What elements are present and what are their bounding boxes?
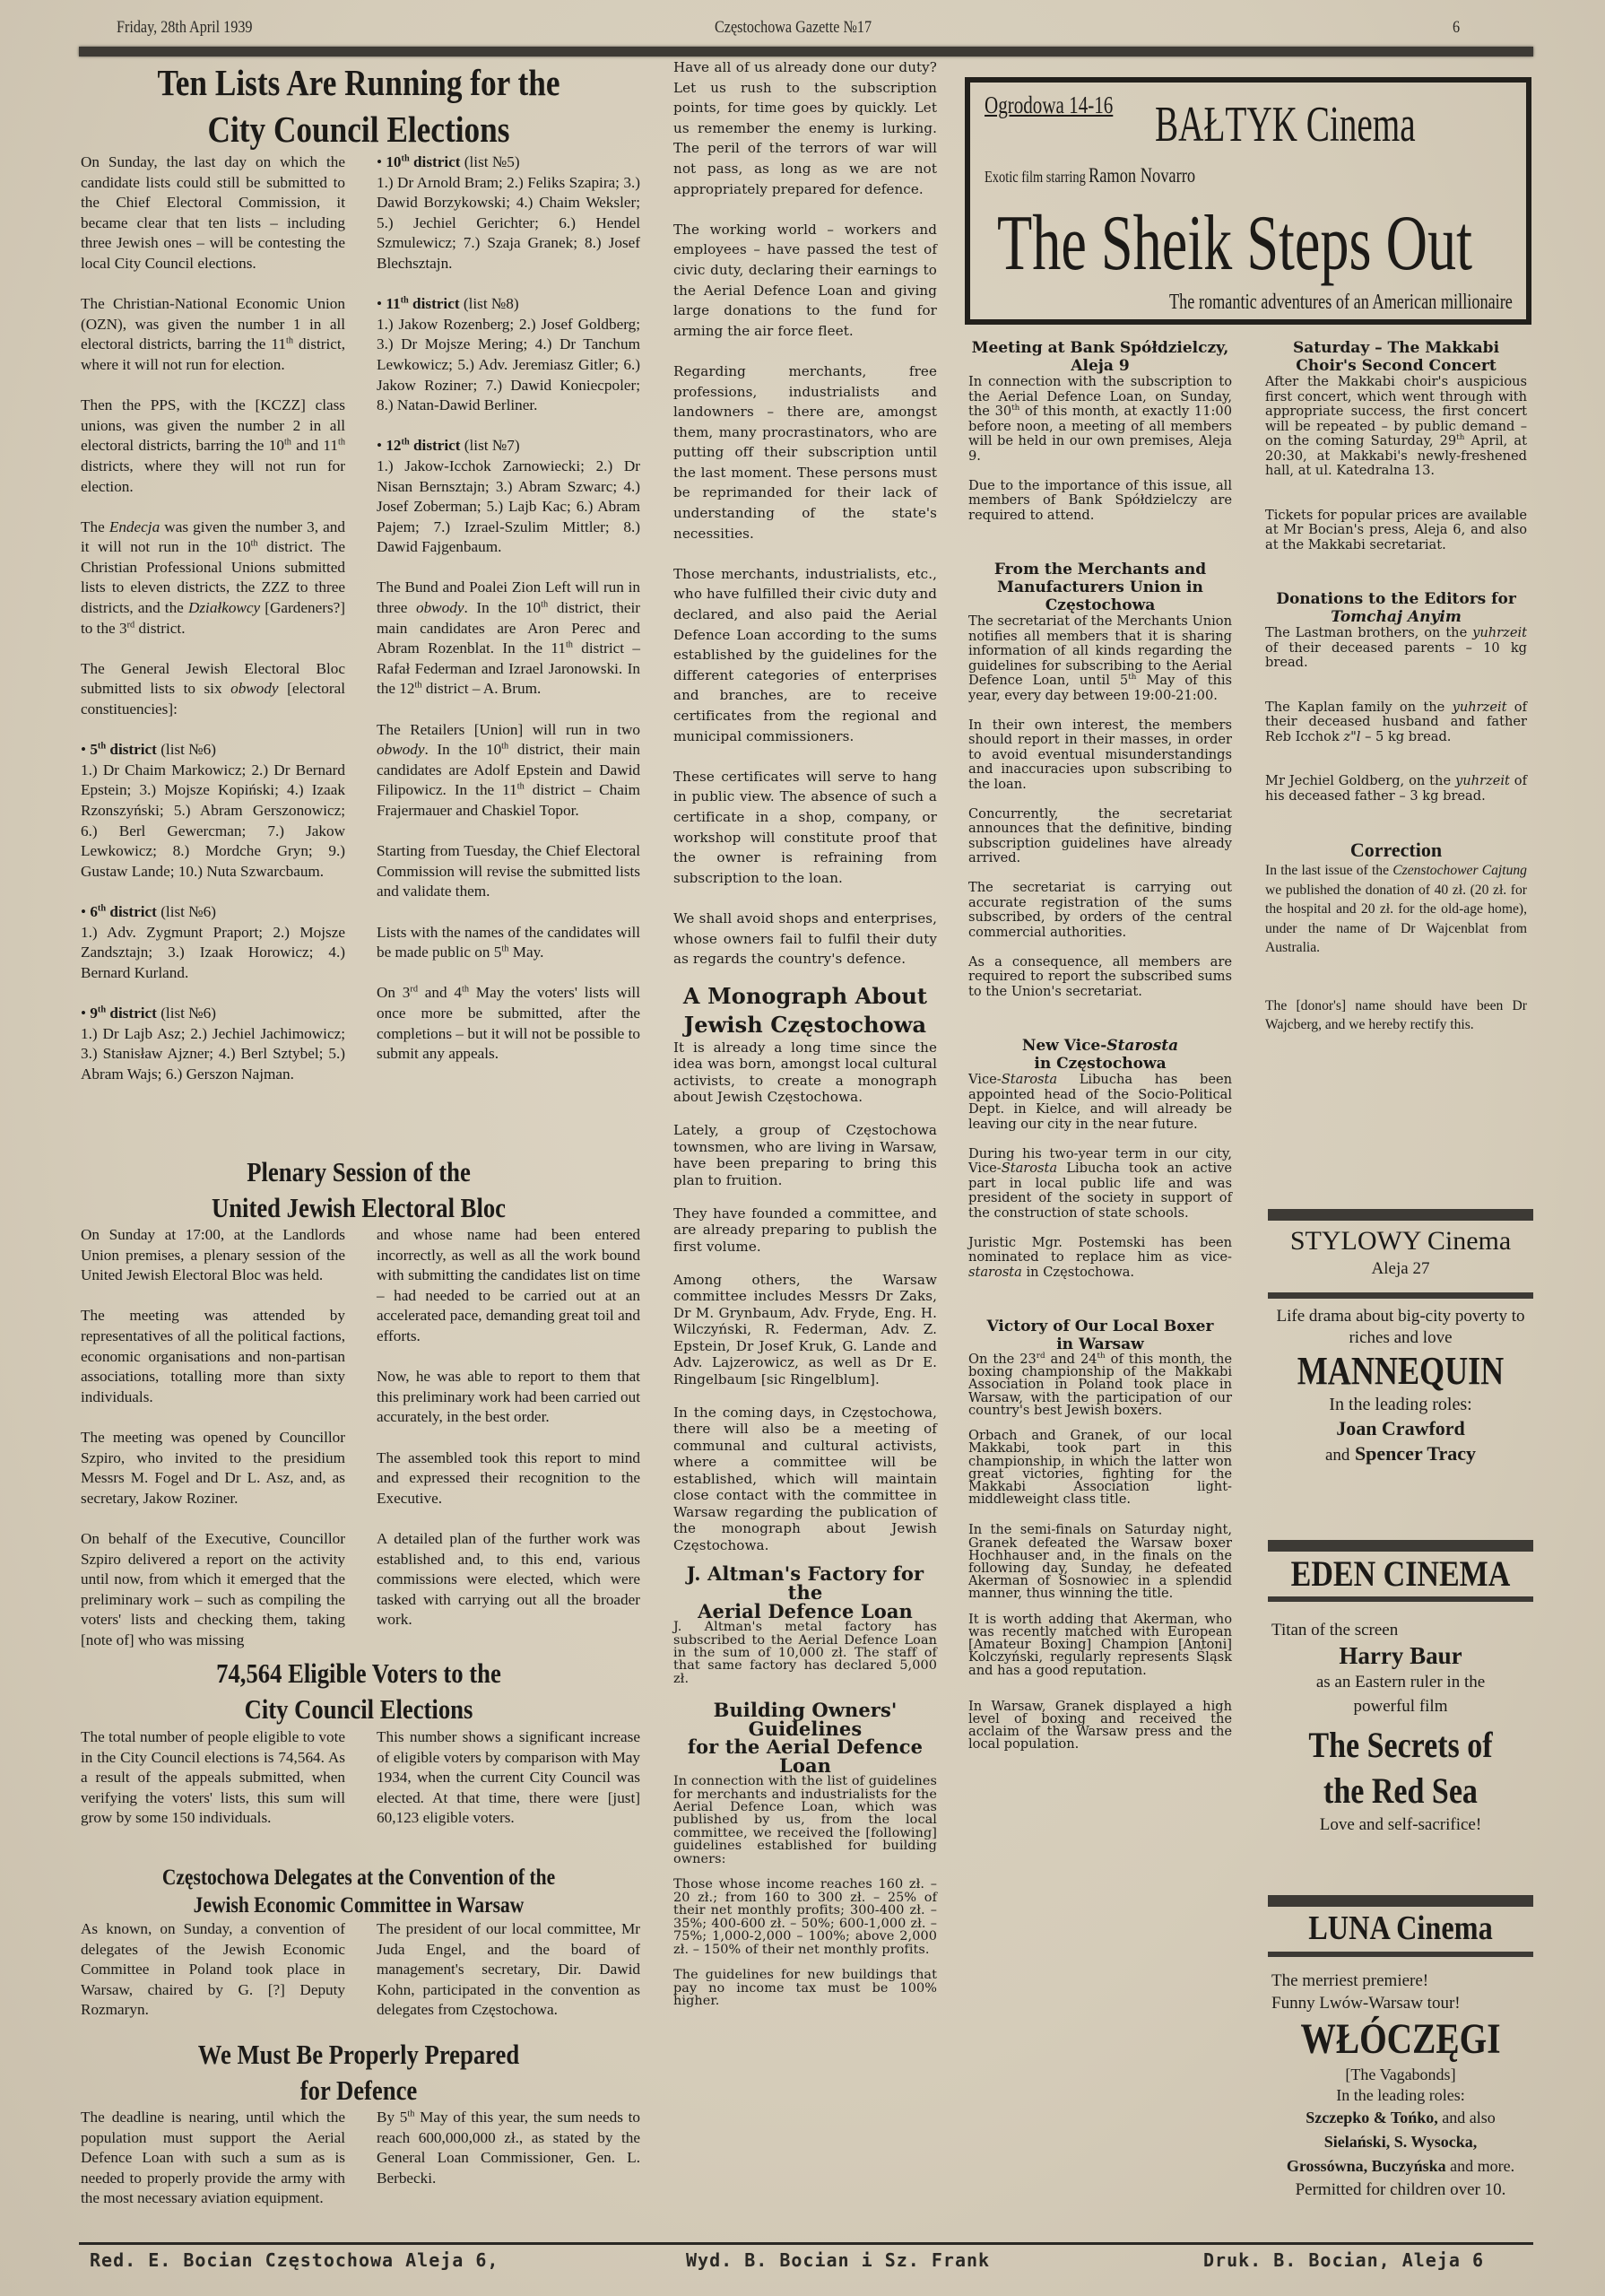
film-description: as an Eastern ruler in the powerful film (1268, 1670, 1533, 1718)
paragraph: Juristic Mgr. Postemski has been nominat… (968, 1236, 1232, 1281)
candidate-names: 1.) Dr Arnold Bram; 2.) Feliks Szapira; … (377, 174, 640, 272)
title-line: Aerial Defence Loan (673, 1602, 937, 1621)
district-label: 11th district (386, 295, 459, 312)
tagline: The merriest premiere! Funny Lwów-Warsaw… (1268, 1970, 1533, 2014)
paragraph: The total number of people eligible to v… (81, 1727, 345, 1829)
paragraph: Among others, the Warsaw committee inclu… (673, 1272, 937, 1388)
paragraph: The [donor's] name should have been Dr W… (1265, 996, 1527, 1035)
star-line: and Spencer Tracy (1268, 1441, 1533, 1468)
district-label: 10th district (386, 153, 460, 170)
district-list: • 6th district (list №6)1.) Adv. Zygmunt… (81, 902, 345, 983)
article-title-boxer: Victory of Our Local Boxer in Warsaw (968, 1318, 1232, 1353)
cinema-name: LUNA Cinema (1288, 1909, 1514, 1948)
tagline-line: The merriest premiere! (1271, 1970, 1533, 1992)
title-line: in Częstochowa (968, 1055, 1232, 1073)
donation-entry: Mr Jechiel Goldberg, on the yuhrzeit of … (1265, 774, 1527, 804)
paragraph: They have founded a committee, and are a… (673, 1205, 937, 1256)
ad-baltyk-cinema: Ogrodowa 14-16 BAŁTYK Cinema Exotic film… (965, 77, 1531, 325)
paragraph: The guidelines for new buildings that pa… (673, 1969, 937, 2007)
star-name: Harry Baur (1268, 1641, 1533, 1670)
paragraph: It is already a long time since the idea… (673, 1039, 937, 1106)
star-name: Spencer Tracy (1355, 1442, 1476, 1465)
paragraph: Then the PPS, with the [KCZZ] class unio… (81, 396, 345, 497)
star-names: Szczepko & Tońko, (1306, 2109, 1438, 2126)
cinema-name: STYLOWY Cinema (1268, 1224, 1533, 1258)
paragraph: The deadline is nearing, until which the… (81, 2108, 345, 2209)
title-line: 74,564 Eligible Voters to the (119, 1656, 597, 1692)
list-number: (list №5) (464, 153, 520, 170)
conjunction: and also (1442, 2109, 1495, 2126)
paragraph: On behalf of the Executive, Councillor S… (81, 1529, 345, 1651)
donation-entry: The Lastman brothers, on the yuhrzeit of… (1265, 626, 1527, 671)
title-line: Loan (673, 1757, 937, 1776)
paragraph: On 3rd and 4th May the voters' lists wil… (377, 983, 640, 1064)
list-number: (list №6) (160, 903, 216, 920)
paragraph: As a consequence, all members are requir… (968, 955, 1232, 1000)
article-title: Ten Lists Are Running for the City Counc… (119, 59, 597, 152)
paragraph: Due to the importance of this issue, all… (968, 479, 1232, 524)
paragraph: The secretariat of the Merchants Union n… (968, 614, 1232, 703)
age-restriction: Permitted for children over 10. (1268, 2179, 1533, 2201)
paragraph: In connection with the subscription to t… (968, 375, 1232, 464)
district-label: 12th district (386, 437, 460, 454)
candidate-names: 1.) Jakow Rozenberg; 2.) Josef Goldberg;… (377, 316, 640, 413)
paragraph: These certificates will serve to hang in… (673, 767, 937, 889)
column-right-b: Saturday – The Makkabi Choir's Second Co… (1265, 339, 1527, 1055)
title-line: Częstochowa Delegates at the Convention … (104, 1864, 613, 1892)
footer-rule (79, 2242, 1533, 2245)
issue-date: Friday, 28th April 1939 (117, 18, 252, 38)
title-line: Tomchaj Anyim (1265, 608, 1527, 626)
paragraph: In Warsaw, Granek displayed a high level… (968, 1700, 1232, 1752)
title-line: City Council Elections (119, 1692, 597, 1727)
title-line: the Red Sea (1288, 1768, 1514, 1813)
star-name: Ramon Novarro (1089, 164, 1195, 187)
article-title-bank: Meeting at Bank Spółdzielczy, Aleja 9 (968, 339, 1232, 375)
article-title-donations: Donations to the Editors for Tomchaj Any… (1265, 590, 1527, 626)
paragraph: The Endecja was given the number 3, and … (81, 517, 345, 639)
paragraph: After the Makkabi choir's auspicious fir… (1265, 375, 1527, 479)
title-line: Plenary Session of the (119, 1154, 597, 1190)
tagline: Titan of the screen (1268, 1620, 1533, 1641)
film-subtitle: The romantic adventures of an American m… (1169, 291, 1513, 315)
title-line: Częstochowa (968, 596, 1232, 614)
paragraph: A detailed plan of the further work was … (377, 1529, 640, 1631)
paragraph: The secretariat is carrying out accurate… (968, 881, 1232, 940)
column-right: and whose name had been entered incorrec… (377, 1225, 640, 1631)
cinema-name: EDEN CINEMA (1288, 1553, 1514, 1595)
newspaper-name: Częstochowa Gazette №17 (715, 18, 872, 38)
paragraph: The president of our local committee, Mr… (377, 1919, 640, 2021)
film-title: MANNEQUIN (1292, 1349, 1510, 1394)
star-names: Grossówna, Buczyńska (1287, 2157, 1446, 2175)
title-line: in Warsaw (968, 1335, 1232, 1353)
paragraph: and whose name had been entered incorrec… (377, 1225, 640, 1347)
column-left: The total number of people eligible to v… (81, 1727, 345, 1829)
candidate-names: 1.) Dr Chaim Markowicz; 2.) Dr Bernard E… (81, 761, 345, 880)
article-body-merchants: The secretariat of the Merchants Union n… (968, 614, 1232, 999)
paragraph: The Christian-National Economic Union (O… (81, 294, 345, 375)
article-title: 74,564 Eligible Voters to the City Counc… (119, 1656, 597, 1727)
column-left: On Sunday at 17:00, at the Landlords Uni… (81, 1225, 345, 1650)
district-label: 5th district (90, 741, 157, 758)
roles-label: In the leading roles: (1268, 2085, 1533, 2106)
article-body-bank: In connection with the subscription to t… (968, 375, 1232, 523)
masthead-rule (79, 47, 1533, 57)
paragraph: In connection with the list of guideline… (673, 1775, 937, 1865)
column-right: The president of our local committee, Mr… (377, 1919, 640, 2021)
article-title-building-owners: Building Owners' Guidelines for the Aeri… (673, 1701, 937, 1775)
article-title-correction: Correction (1265, 839, 1527, 861)
title-line: Meeting at Bank Spółdzielczy, (968, 339, 1232, 357)
title-line: J. Altman's Factory for the (673, 1564, 937, 1602)
title-line: for Defence (119, 2073, 597, 2109)
footer-printer: Druk. B. Bocian, Aleja 6 (1203, 2249, 1484, 2271)
tagline-text: Exotic film starring (985, 168, 1086, 186)
paragraph: In the semi-finals on Saturday night, Gr… (968, 1524, 1232, 1600)
ad-rule (1268, 1596, 1533, 1602)
conjunction: and more. (1450, 2157, 1514, 2175)
donation-entry: The Kaplan family on the yuhrzeit of the… (1265, 700, 1527, 745)
film-title: WŁÓCZĘGI (1292, 2014, 1510, 2065)
article-body-vice-starosta: Vice-Starosta Libucha has been appointed… (968, 1073, 1232, 1280)
district-label: 9th district (90, 1004, 157, 1022)
paragraph: Starting from Tuesday, the Chief Elector… (377, 841, 640, 902)
cast-line: Grossówna, Buczyńska and more. (1268, 2154, 1533, 2179)
list-number: (list №8) (464, 295, 519, 312)
paragraph: This number shows a significant increase… (377, 1727, 640, 1829)
paragraph: On the 23rd and 24th of this month, the … (968, 1353, 1232, 1417)
paragraph: Lists with the names of the candidates w… (377, 923, 640, 963)
page-number: 6 (1453, 18, 1460, 38)
title-line: The Secrets of (1288, 1722, 1514, 1768)
title-line: Saturday – The Makkabi (1265, 339, 1527, 357)
title-line: Victory of Our Local Boxer (968, 1318, 1232, 1335)
candidate-names: 1.) Jakow-Icchok Zarnowiecki; 2.) Dr Nis… (377, 457, 640, 555)
article-body-makkabi: After the Makkabi choir's auspicious fir… (1265, 375, 1527, 552)
paragraph: Those whose income reaches 160 zł. – 20 … (673, 1878, 937, 1955)
ad-rule (1268, 1952, 1533, 1957)
paragraph: The General Jewish Electoral Bloc submit… (81, 659, 345, 720)
paragraph: Concurrently, the secretariat announces … (968, 807, 1232, 866)
article-title: Częstochowa Delegates at the Convention … (104, 1864, 613, 1919)
title-line: Jewish Częstochowa (673, 1011, 937, 1039)
article-title-vice-starosta: New Vice-Starosta in Częstochowa (968, 1037, 1232, 1073)
conjunction: and (1325, 1446, 1349, 1465)
article-body-boxer: On the 23rd and 24th of this month, the … (968, 1353, 1232, 1752)
district-list: • 5th district (list №6)1.) Dr Chaim Mar… (81, 740, 345, 882)
film-translation: [The Vagabonds] (1268, 2065, 1533, 2085)
column-right: • 10th district (list №5)1.) Dr Arnold B… (377, 152, 640, 1065)
paragraph: The meeting was opened by Councillor Szp… (81, 1428, 345, 1509)
list-number: (list №7) (464, 437, 520, 454)
paragraph: Have all of us already done our duty? Le… (673, 57, 937, 199)
cast-line: Szczepko & Tońko, and also (1268, 2106, 1533, 2130)
column-right: This number shows a significant increase… (377, 1727, 640, 1829)
paragraph: Regarding merchants, free professions, i… (673, 361, 937, 544)
candidate-names: 1.) Adv. Zygmunt Praport; 2.) Mojsze Zan… (81, 924, 345, 981)
list-number: (list №6) (160, 741, 216, 758)
paragraph: In the coming days, in Częstochowa, ther… (673, 1405, 937, 1554)
column-left: The deadline is nearing, until which the… (81, 2108, 345, 2209)
article-body-correction: In the last issue of the Czenstochower C… (1265, 861, 1527, 1035)
paragraph: On Sunday at 17:00, at the Landlords Uni… (81, 1225, 345, 1286)
district-list: • 10th district (list №5)1.) Dr Arnold B… (377, 152, 640, 274)
column-left: On Sunday, the last day on which the can… (81, 152, 345, 1084)
paragraph: Now, he was able to report to them that … (377, 1367, 640, 1428)
paragraph: J. Altman's metal factory has subscribed… (673, 1621, 937, 1685)
district-label: 6th district (90, 903, 157, 920)
paragraph: Vice-Starosta Libucha has been appointed… (968, 1073, 1232, 1132)
column-right: By 5th May of this year, the sum needs t… (377, 2108, 640, 2188)
title-line: Aleja 9 (968, 357, 1232, 375)
footer-publisher: Wyd. B. Bocian i Sz. Frank (686, 2249, 990, 2271)
paragraph: Lately, a group of Częstochowa townsmen,… (673, 1122, 937, 1188)
tagline: Exotic film starring Ramon Novarro (985, 164, 1195, 187)
paragraph: During his two-year term in our city, Vi… (968, 1147, 1232, 1222)
ad-rule (1268, 1895, 1533, 1907)
film-title: The Secrets of the Red Sea (1288, 1722, 1514, 1813)
title-line: We Must Be Properly Prepared (119, 2037, 597, 2073)
cinema-name: BAŁTYK Cinema (1155, 96, 1416, 153)
title-line: From the Merchants and (968, 561, 1232, 578)
article-body-donations: The Lastman brothers, on the yuhrzeit of… (1265, 626, 1527, 804)
candidate-names: 1.) Dr Lajb Asz; 2.) Jechiel Jachimowicz… (81, 1025, 345, 1083)
ad-luna-cinema: LUNA Cinema The merriest premiere! Funny… (1268, 1895, 1533, 2201)
article-title-makkabi: Saturday – The Makkabi Choir's Second Co… (1265, 339, 1527, 375)
article-title-monograph: A Monograph About Jewish Częstochowa (673, 982, 937, 1039)
paragraph: On Sunday, the last day on which the can… (81, 152, 345, 274)
paragraph: Those merchants, industrialists, etc., w… (673, 564, 937, 746)
title-line: Choir's Second Concert (1265, 357, 1527, 375)
ad-rule (1268, 1540, 1533, 1552)
district-list: • 9th district (list №6)1.) Dr Lajb Asz;… (81, 1004, 345, 1084)
list-number: (list №6) (160, 1004, 216, 1022)
paragraph: In the last issue of the Czenstochower C… (1265, 861, 1527, 958)
paragraph: By 5th May of this year, the sum needs t… (377, 2108, 640, 2188)
title-line: City Council Elections (119, 106, 597, 152)
ad-eden-cinema: EDEN CINEMA Titan of the screen Harry Ba… (1268, 1540, 1533, 1837)
column-left: As known, on Sunday, a convention of del… (81, 1919, 345, 2021)
article-title-altman: J. Altman's Factory for the Aerial Defen… (673, 1564, 937, 1621)
paragraph: As known, on Sunday, a convention of del… (81, 1919, 345, 2021)
paragraph: The Retailers [Union] will run in two ob… (377, 720, 640, 822)
ad-stylowy-cinema: STYLOWY Cinema Aleja 27 Life drama about… (1268, 1209, 1533, 1468)
title-line: Ten Lists Are Running for the (119, 59, 597, 106)
cast-line: Sielański, S. Wysocka, (1268, 2130, 1533, 2154)
roles-label: In the leading roles: (1268, 1394, 1533, 1416)
column-right-a: Meeting at Bank Spółdzielczy, Aleja 9 In… (968, 339, 1232, 1752)
star-name: Joan Crawford (1268, 1416, 1533, 1441)
district-list: • 12th district (list №7)1.) Jakow-Iccho… (377, 436, 640, 558)
column-middle-defence-loan: Have all of us already done our duty? Le… (673, 57, 937, 2008)
title-line: Jewish Economic Committee in Warsaw (104, 1892, 613, 1919)
footer-editor: Red. E. Bocian Częstochowa Aleja 6, (90, 2249, 499, 2271)
article-title: Plenary Session of the United Jewish Ele… (119, 1154, 597, 1226)
district-list: • 11th district (list №8)1.) Jakow Rozen… (377, 294, 640, 416)
ad-rule (1268, 1292, 1533, 1299)
paragraph: The assembled took this report to mind a… (377, 1448, 640, 1509)
cinema-address: Ogrodowa 14-16 (985, 91, 1113, 119)
film-title: The Sheik Steps Out (997, 199, 1472, 289)
paragraph: The meeting was attended by representati… (81, 1306, 345, 1407)
paragraph: We shall avoid shops and enterprises, wh… (673, 909, 937, 970)
cinema-address: Aleja 27 (1268, 1258, 1533, 1280)
paragraph: The Bund and Poalei Zion Left will run i… (377, 578, 640, 700)
title-line: A Monograph About (673, 982, 937, 1011)
paragraph: It is worth adding that Akerman, who was… (968, 1613, 1232, 1677)
paragraph: Tickets for popular prices are available… (1265, 509, 1527, 553)
ad-rule (1268, 1209, 1533, 1221)
paragraph: Orbach and Granek, of our local Makkabi,… (968, 1430, 1232, 1506)
article-title-merchants: From the Merchants and Manufacturers Uni… (968, 561, 1232, 614)
tagline-line: Funny Lwów-Warsaw tour! (1271, 1992, 1533, 2014)
paragraph: In their own interest, the members shoul… (968, 718, 1232, 793)
paragraph: The working world – workers and employee… (673, 220, 937, 342)
film-tagline: Love and self-sacrifice! (1268, 1813, 1533, 1837)
tagline: Life drama about big-city poverty to ric… (1268, 1306, 1533, 1349)
title-line: United Jewish Electoral Bloc (119, 1190, 597, 1226)
title-line: New Vice-Starosta (968, 1037, 1232, 1055)
article-title: We Must Be Properly Prepared for Defence (119, 2037, 597, 2109)
title-line: Donations to the Editors for (1265, 590, 1527, 608)
title-line: Manufacturers Union in (968, 578, 1232, 596)
